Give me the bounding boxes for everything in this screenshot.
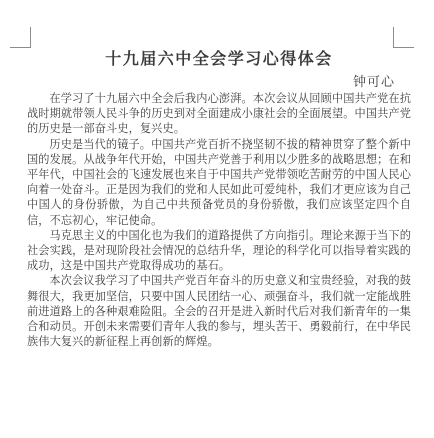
document-author: 钟可心	[27, 74, 411, 90]
document-body: 在学习了十九届六中全会后我内心澎湃。本次会议从回顾中国共产党在抗战时期就带领人民…	[27, 92, 411, 350]
paragraph-3: 马克思主义的中国化也为我们的道路提供了方向指引。理论来源于当下的社会实践，是对现…	[27, 229, 411, 275]
page-margin-mark-top-right	[393, 27, 414, 48]
document-page: 十九届六中全会学习心得体会 钟可心 在学习了十九届六中全会后我内心澎湃。本次会议…	[0, 0, 434, 438]
document-title: 十九届六中全会学习心得体会	[27, 50, 411, 70]
document-content: 十九届六中全会学习心得体会 钟可心 在学习了十九届六中全会后我内心澎湃。本次会议…	[27, 48, 411, 350]
paragraph-2: 历史是当代的镜子。中国共产党百折不挠坚韧不拔的精神贯穿了整个新中国的发展。从战争…	[27, 138, 411, 229]
page-margin-mark-top-left	[10, 27, 31, 48]
paragraph-4: 本次会议我学习了中国共产党百年奋斗的历史意义和宝贵经验，对我的鼓舞很大，我更加坚…	[27, 274, 411, 350]
paragraph-1: 在学习了十九届六中全会后我内心澎湃。本次会议从回顾中国共产党在抗战时期就带领人民…	[27, 92, 411, 138]
